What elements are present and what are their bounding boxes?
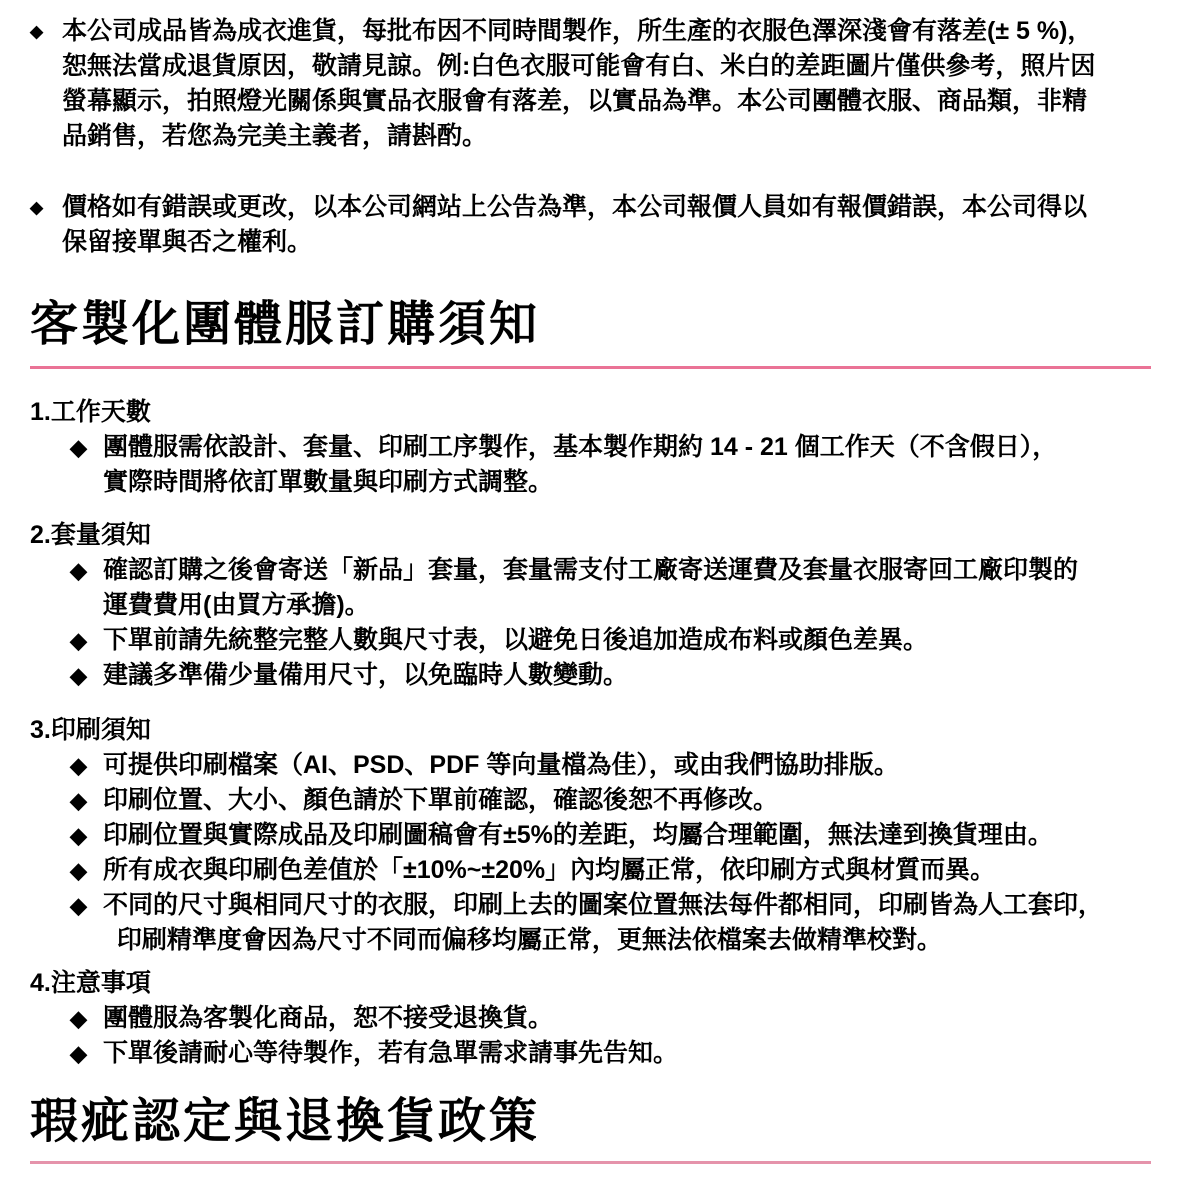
list-item-text: 不同的尺寸與相同尺寸的衣服，印刷上去的圖案位置無法每件都相同，印刷皆為人工套印，… — [103, 888, 1151, 958]
list-item: ◆ 團體服需依設計、套量、印刷工序製作，基本製作期約 14 - 21 個工作天（… — [30, 430, 1151, 500]
list-item-text: 印刷位置、大小、顏色請於下單前確認，確認後恕不再修改。 — [103, 783, 1151, 818]
diamond-bullet-icon: ◆ — [70, 818, 103, 853]
section-work-days: 1.工作天數 ◆ 團體服需依設計、套量、印刷工序製作，基本製作期約 14 - 2… — [30, 395, 1151, 500]
section-title: 4.注意事項 — [30, 966, 1151, 1001]
diamond-bullet-icon: ◆ — [70, 623, 103, 658]
list-item: ◆ 確認訂購之後會寄送「新品」套量，套量需支付工廠寄送運費及套量衣服寄回工廠印製… — [30, 553, 1151, 623]
list-item: ◆ 下單後請耐心等待製作，若有急單需求請事先告知。 — [30, 1036, 1151, 1071]
list-item-text: 可提供印刷檔案（AI、PSD、PDF 等向量檔為佳），或由我們協助排版。 — [103, 748, 1151, 783]
diamond-bullet-icon: ◆ — [70, 430, 103, 500]
diamond-bullet-icon: ◆ — [30, 190, 62, 260]
heading-divider-rule — [30, 366, 1151, 369]
section-sizing-notice: 2.套量須知 ◆ 確認訂購之後會寄送「新品」套量，套量需支付工廠寄送運費及套量衣… — [30, 518, 1151, 693]
list-item: ◆ 印刷位置與實際成品及印刷圖稿會有±5%的差距，均屬合理範圍，無法達到換貨理由… — [30, 818, 1151, 853]
section-title: 2.套量須知 — [30, 518, 1151, 553]
list-item-text: 印刷位置與實際成品及印刷圖稿會有±5%的差距，均屬合理範圍，無法達到換貨理由。 — [103, 818, 1151, 853]
section-printing-notice: 3.印刷須知 ◆ 可提供印刷檔案（AI、PSD、PDF 等向量檔為佳），或由我們… — [30, 713, 1151, 958]
heading-divider-rule — [30, 1161, 1151, 1164]
intro-notice-item: ◆ 價格如有錯誤或更改，以本公司網站上公告為準，本公司報價人員如有報價錯誤，本公… — [30, 190, 1151, 260]
list-item-text: 團體服為客製化商品，恕不接受退換貨。 — [103, 1001, 1151, 1036]
defect-policy-heading: 瑕疵認定與退換貨政策 — [30, 1097, 1151, 1147]
list-item-text: 所有成衣與印刷色差值於「±10%~±20%」內均屬正常，依印刷方式與材質而異。 — [103, 853, 1151, 888]
diamond-bullet-icon: ◆ — [30, 14, 62, 154]
list-item: ◆ 印刷位置、大小、顏色請於下單前確認，確認後恕不再修改。 — [30, 783, 1151, 818]
list-item-text: 建議多準備少量備用尺寸，以免臨時人數變動。 — [103, 658, 1151, 693]
section-title: 1.工作天數 — [30, 395, 1151, 430]
list-item: ◆ 建議多準備少量備用尺寸，以免臨時人數變動。 — [30, 658, 1151, 693]
diamond-bullet-icon: ◆ — [70, 658, 103, 693]
diamond-bullet-icon: ◆ — [70, 1001, 103, 1036]
section-important-notes: 4.注意事項 ◆ 團體服為客製化商品，恕不接受退換貨。 ◆ 下單後請耐心等待製作… — [30, 966, 1151, 1071]
list-item: ◆ 下單前請先統整完整人數與尺寸表，以避免日後追加造成布料或顏色差異。 — [30, 623, 1151, 658]
diamond-bullet-icon: ◆ — [70, 748, 103, 783]
diamond-bullet-icon: ◆ — [70, 888, 103, 958]
list-item: ◆ 可提供印刷檔案（AI、PSD、PDF 等向量檔為佳），或由我們協助排版。 — [30, 748, 1151, 783]
diamond-bullet-icon: ◆ — [70, 853, 103, 888]
intro-notice-text: 本公司成品皆為成衣進貨，每批布因不同時間製作，所生產的衣服色澤深淺會有落差(± … — [62, 14, 1151, 154]
diamond-bullet-icon: ◆ — [70, 1036, 103, 1071]
order-notice-heading: 客製化團體服訂購須知 — [30, 300, 1151, 350]
list-item: ◆ 所有成衣與印刷色差值於「±10%~±20%」內均屬正常，依印刷方式與材質而異… — [30, 853, 1151, 888]
intro-notice-text: 價格如有錯誤或更改，以本公司網站上公告為準，本公司報價人員如有報價錯誤，本公司得… — [62, 190, 1151, 260]
diamond-bullet-icon: ◆ — [70, 783, 103, 818]
list-item-text: 確認訂購之後會寄送「新品」套量，套量需支付工廠寄送運費及套量衣服寄回工廠印製的 … — [103, 553, 1151, 623]
list-item: ◆ 不同的尺寸與相同尺寸的衣服，印刷上去的圖案位置無法每件都相同，印刷皆為人工套… — [30, 888, 1151, 958]
list-item: ◆ 團體服為客製化商品，恕不接受退換貨。 — [30, 1001, 1151, 1036]
list-item-text: 下單後請耐心等待製作，若有急單需求請事先告知。 — [103, 1036, 1151, 1071]
list-item-text: 團體服需依設計、套量、印刷工序製作，基本製作期約 14 - 21 個工作天（不含… — [103, 430, 1151, 500]
list-item-text: 下單前請先統整完整人數與尺寸表，以避免日後追加造成布料或顏色差異。 — [103, 623, 1151, 658]
section-title: 3.印刷須知 — [30, 713, 1151, 748]
intro-notice-item: ◆ 本公司成品皆為成衣進貨，每批布因不同時間製作，所生產的衣服色澤深淺會有落差(… — [30, 14, 1151, 154]
diamond-bullet-icon: ◆ — [70, 553, 103, 623]
